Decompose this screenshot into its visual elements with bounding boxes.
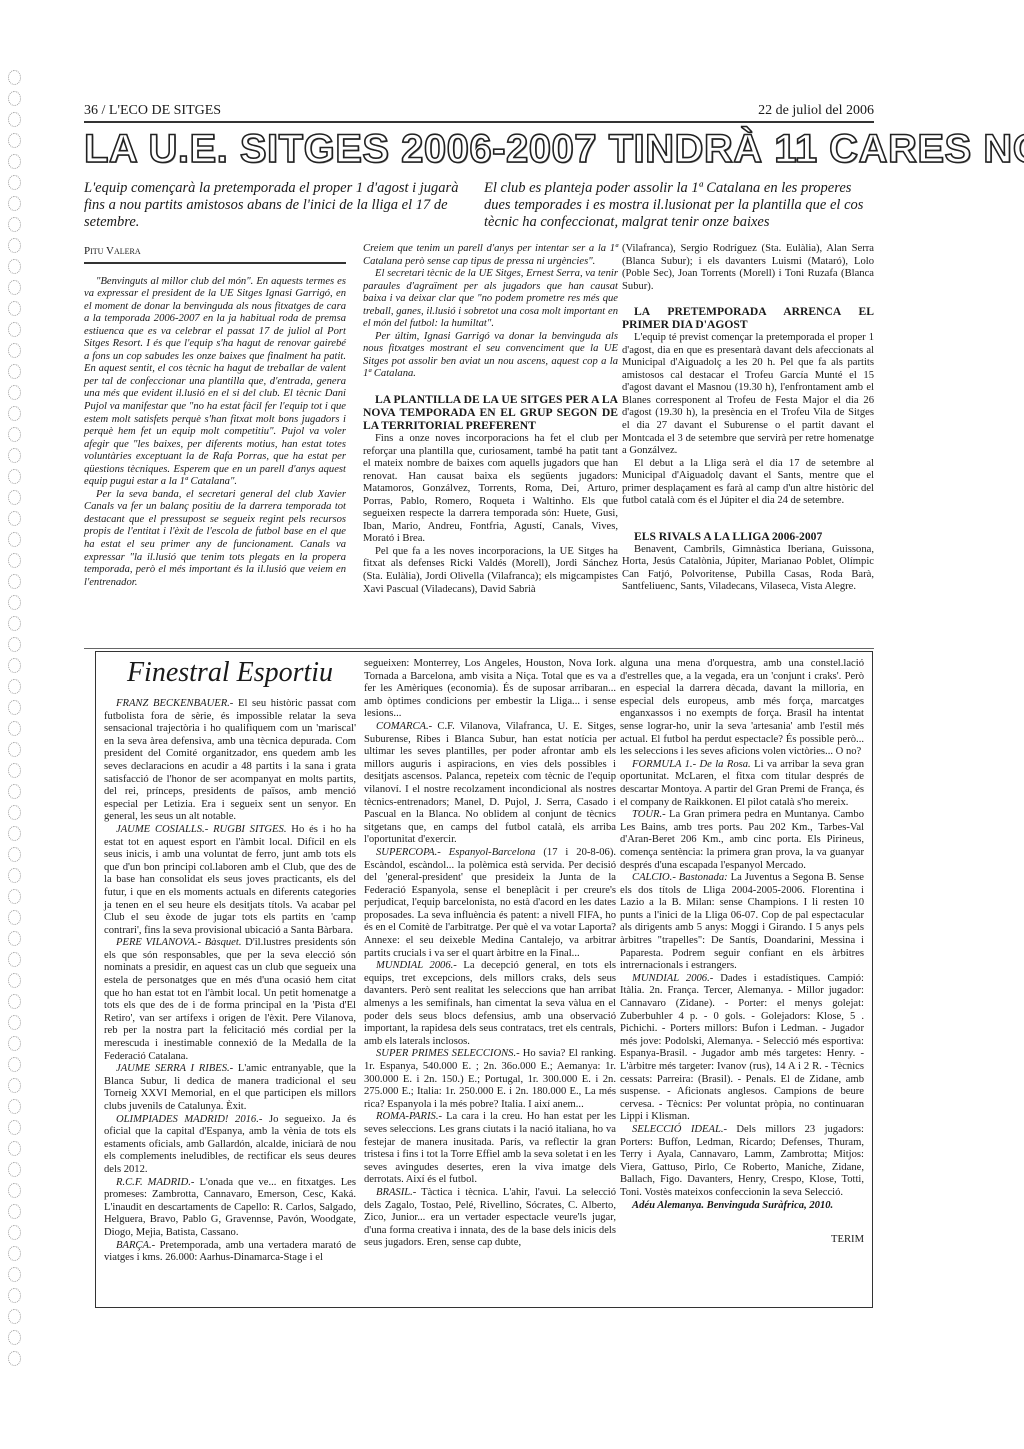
binding-hole-icon xyxy=(8,406,21,421)
binding-hole-icon xyxy=(8,196,21,211)
box-column-3: alguna una mena d'orquestra, amb una con… xyxy=(620,658,864,1247)
binding-hole-icon xyxy=(8,595,21,610)
author-signature: TERIM xyxy=(620,1234,864,1247)
binding-hole-icon xyxy=(8,700,21,715)
binding-hole-icon xyxy=(8,616,21,631)
deck-right: El club es planteja poder assolir la 1ª … xyxy=(484,180,874,231)
box-item: BARÇA.- Pretemporada, amb una vertadera … xyxy=(104,1240,356,1265)
box-item: MUNDIAL 2006.- La decepció general, en t… xyxy=(364,960,616,1048)
item-label: BARÇA.- xyxy=(116,1240,155,1251)
item-label: OLIMPIADES MADRID! 2016.- xyxy=(116,1114,262,1125)
paragraph: Fins a onze noves incorporacions ha fet … xyxy=(363,433,618,546)
box-item: SUPER PRIMES SELECCIONS.- Ho savia? El r… xyxy=(364,1048,616,1111)
article-column-3: (Vilafranca), Sergio Rodríguez (Sta. Eul… xyxy=(622,243,874,594)
item-label: ROMA-PARIS.- xyxy=(376,1111,442,1122)
box-item: alguna una mena d'orquestra, amb una con… xyxy=(620,658,864,759)
box-item: FRANZ BECKENBAUER.- El seu històric pass… xyxy=(104,698,356,824)
item-label: MUNDIAL 2006.- xyxy=(376,960,457,971)
binding-hole-icon xyxy=(8,1015,21,1030)
binding-hole-icon xyxy=(8,1120,21,1135)
paragraph: Per últim, Ignasi Garrigó va donar la be… xyxy=(363,331,618,381)
article-column-1: Pitu Valera "Benvinguts al millor club d… xyxy=(84,245,346,589)
binding-hole-icon xyxy=(8,280,21,295)
binding-hole-icon xyxy=(8,784,21,799)
binding-hole-icon xyxy=(8,91,21,106)
item-label: TOUR.- xyxy=(632,809,666,820)
binding-hole-icon xyxy=(8,1204,21,1219)
binding-hole-icon xyxy=(8,826,21,841)
box-item: OLIMPIADES MADRID! 2016.- Jo segueixo. J… xyxy=(104,1114,356,1177)
binding-hole-icon xyxy=(8,679,21,694)
item-label: JAUME COSIALLS.- RUGBI SITGES. xyxy=(116,824,286,835)
binding-hole-icon xyxy=(8,889,21,904)
paragraph: Per la seva banda, el secretari general … xyxy=(84,489,346,589)
box-item: CALCIO.- Bastonada: La Juventus a Segona… xyxy=(620,872,864,973)
deck-left: L'equip començarà la pretemporada el pro… xyxy=(84,180,474,231)
item-label: CALCIO.- Bastonada: xyxy=(632,872,728,883)
closing-line: Adéu Alemanya. Benvinguda Suràfrica, 201… xyxy=(620,1200,864,1213)
binding-hole-icon xyxy=(8,952,21,967)
item-label: SELECCIÓ IDEAL.- xyxy=(632,1124,727,1135)
binding-hole-icon xyxy=(8,805,21,820)
paragraph: Pel que fa a les noves incorporacions, l… xyxy=(363,546,618,596)
binding-hole-icon xyxy=(8,742,21,757)
binding-hole-icon xyxy=(8,154,21,169)
box-item: segueixen: Monterrey, Los Angeles, Houst… xyxy=(364,658,616,721)
binding-hole-icon xyxy=(8,259,21,274)
finestral-esportiu-box: Finestral Esportiu FRANZ BECKENBAUER.- E… xyxy=(95,651,873,1308)
box-column-2: segueixen: Monterrey, Los Angeles, Houst… xyxy=(364,658,616,1250)
item-label: JAUME SERRA I RIBES.- xyxy=(116,1063,233,1074)
box-item: SUPERCOPA.- Espanyol-Barcelona (17 i 20-… xyxy=(364,847,616,960)
binding-hole-icon xyxy=(8,364,21,379)
subheading: LA PLANTILLA DE LA UE SITGES PER A LA NO… xyxy=(363,393,618,432)
box-column-1-items: FRANZ BECKENBAUER.- El seu històric pass… xyxy=(104,698,356,1265)
binding-hole-icon xyxy=(8,175,21,190)
item-label: PERE VILANOVA.- Bàsquet. xyxy=(116,937,241,948)
binding-hole-icon xyxy=(8,1288,21,1303)
article-column-2: Creiem que tenim un parell d'anys per in… xyxy=(363,243,618,596)
box-item: TOUR.- La Gran primera pedra en Muntanya… xyxy=(620,809,864,872)
box-item: MUNDIAL 2006.- Dades i estadístiques. Ca… xyxy=(620,973,864,1124)
binding-hole-icon xyxy=(8,931,21,946)
subheading: ELS RIVALS A LA LLIGA 2006-2007 xyxy=(622,530,874,543)
box-item: ROMA-PARIS.- La cara i la creu. Ho han e… xyxy=(364,1111,616,1187)
paragraph: Benavent, Cambrils, Gimnàstica Iberiana,… xyxy=(622,544,874,594)
box-column-2-items: segueixen: Monterrey, Los Angeles, Houst… xyxy=(364,658,616,1250)
binding-hole-icon xyxy=(8,763,21,778)
box-item: FORMULA 1.- De la Rosa. Li va arribar la… xyxy=(620,759,864,809)
paragraph: (Vilafranca), Sergio Rodríguez (Sta. Eul… xyxy=(622,243,874,293)
binding-hole-icon xyxy=(8,1099,21,1114)
box-item: JAUME COSIALLS.- RUGBI SITGES. Ho és i h… xyxy=(104,824,356,937)
item-label: BRASIL.- xyxy=(376,1187,416,1198)
binding-hole-icon xyxy=(8,490,21,505)
section-divider xyxy=(84,648,874,649)
binding-hole-icon xyxy=(8,1330,21,1345)
paragraph: Creiem que tenim un parell d'anys per in… xyxy=(363,243,618,268)
binding-hole-icon xyxy=(8,1078,21,1093)
item-label: SUPER PRIMES SELECCIONS.- xyxy=(376,1048,520,1059)
binding-hole-icon xyxy=(8,469,21,484)
binding-holes xyxy=(8,70,28,1370)
binding-hole-icon xyxy=(8,217,21,232)
box-title: Finestral Esportiu xyxy=(104,658,356,688)
binding-hole-icon xyxy=(8,973,21,988)
binding-hole-icon xyxy=(8,427,21,442)
binding-hole-icon xyxy=(8,868,21,883)
binding-hole-icon xyxy=(8,553,21,568)
binding-hole-icon xyxy=(8,847,21,862)
item-label: MUNDIAL 2006.- xyxy=(632,973,713,984)
headline: LA U.E. SITGES 2006-2007 TINDRÀ 11 CARES… xyxy=(84,127,874,172)
binding-hole-icon xyxy=(8,532,21,547)
binding-hole-icon xyxy=(8,238,21,253)
binding-hole-icon xyxy=(8,1183,21,1198)
issue-date: 22 de juliol del 2006 xyxy=(758,103,874,121)
binding-hole-icon xyxy=(8,70,21,85)
page-folio: 36 / L'ECO DE SITGES xyxy=(84,103,221,121)
item-label: R.C.F. MADRID.- xyxy=(116,1177,194,1188)
binding-hole-icon xyxy=(8,511,21,526)
binding-hole-icon xyxy=(8,343,21,358)
binding-hole-icon xyxy=(8,112,21,127)
binding-hole-icon xyxy=(8,1036,21,1051)
box-item: R.C.F. MADRID.- L'onada que ve... en fit… xyxy=(104,1177,356,1240)
box-item: BRASIL.- Tàctica i tècnica. L'ahir, l'av… xyxy=(364,1187,616,1250)
binding-hole-icon xyxy=(8,721,21,736)
paragraph: L'equip té previst començar la pretempor… xyxy=(622,332,874,457)
byline: Pitu Valera xyxy=(84,245,346,264)
binding-hole-icon xyxy=(8,1162,21,1177)
binding-hole-icon xyxy=(8,1246,21,1261)
paragraph: El secretari tècnic de la UE Sitges, Ern… xyxy=(363,268,618,331)
paragraph: El debut a la Lliga serà el dia 17 de se… xyxy=(622,458,874,508)
paragraph: "Benvinguts al millor club del món". En … xyxy=(84,276,346,489)
binding-hole-icon xyxy=(8,1057,21,1072)
binding-hole-icon xyxy=(8,637,21,652)
running-head: 36 / L'ECO DE SITGES 22 de juliol del 20… xyxy=(84,101,874,123)
binding-hole-icon xyxy=(8,322,21,337)
binding-hole-icon xyxy=(8,910,21,925)
box-item: COMARCA.- C.F. Vilanova, Vilafranca, U. … xyxy=(364,721,616,847)
binding-hole-icon xyxy=(8,133,21,148)
binding-hole-icon xyxy=(8,1309,21,1324)
item-label: FORMULA 1.- De la Rosa. xyxy=(632,759,751,770)
binding-hole-icon xyxy=(8,574,21,589)
binding-hole-icon xyxy=(8,1267,21,1282)
box-column-3-items: alguna una mena d'orquestra, amb una con… xyxy=(620,658,864,1200)
binding-hole-icon xyxy=(8,301,21,316)
binding-hole-icon xyxy=(8,1351,21,1366)
binding-hole-icon xyxy=(8,1225,21,1240)
binding-hole-icon xyxy=(8,1141,21,1156)
item-label: SUPERCOPA.- Espanyol-Barcelona xyxy=(376,847,535,858)
box-item: SELECCIÓ IDEAL.- Dels millors 23 jugador… xyxy=(620,1124,864,1200)
binding-hole-icon xyxy=(8,658,21,673)
item-label: COMARCA.- xyxy=(376,721,432,732)
box-item: PERE VILANOVA.- Bàsquet. D'il.lustres pr… xyxy=(104,937,356,1063)
binding-hole-icon xyxy=(8,448,21,463)
binding-hole-icon xyxy=(8,994,21,1009)
subheading: LA PRETEMPORADA ARRENCA EL PRIMER DIA D'… xyxy=(622,305,874,331)
item-label: FRANZ BECKENBAUER.- xyxy=(116,698,233,709)
box-column-1: Finestral Esportiu FRANZ BECKENBAUER.- E… xyxy=(104,654,356,1265)
binding-hole-icon xyxy=(8,385,21,400)
box-item: JAUME SERRA I RIBES.- L'amic entranyable… xyxy=(104,1063,356,1113)
